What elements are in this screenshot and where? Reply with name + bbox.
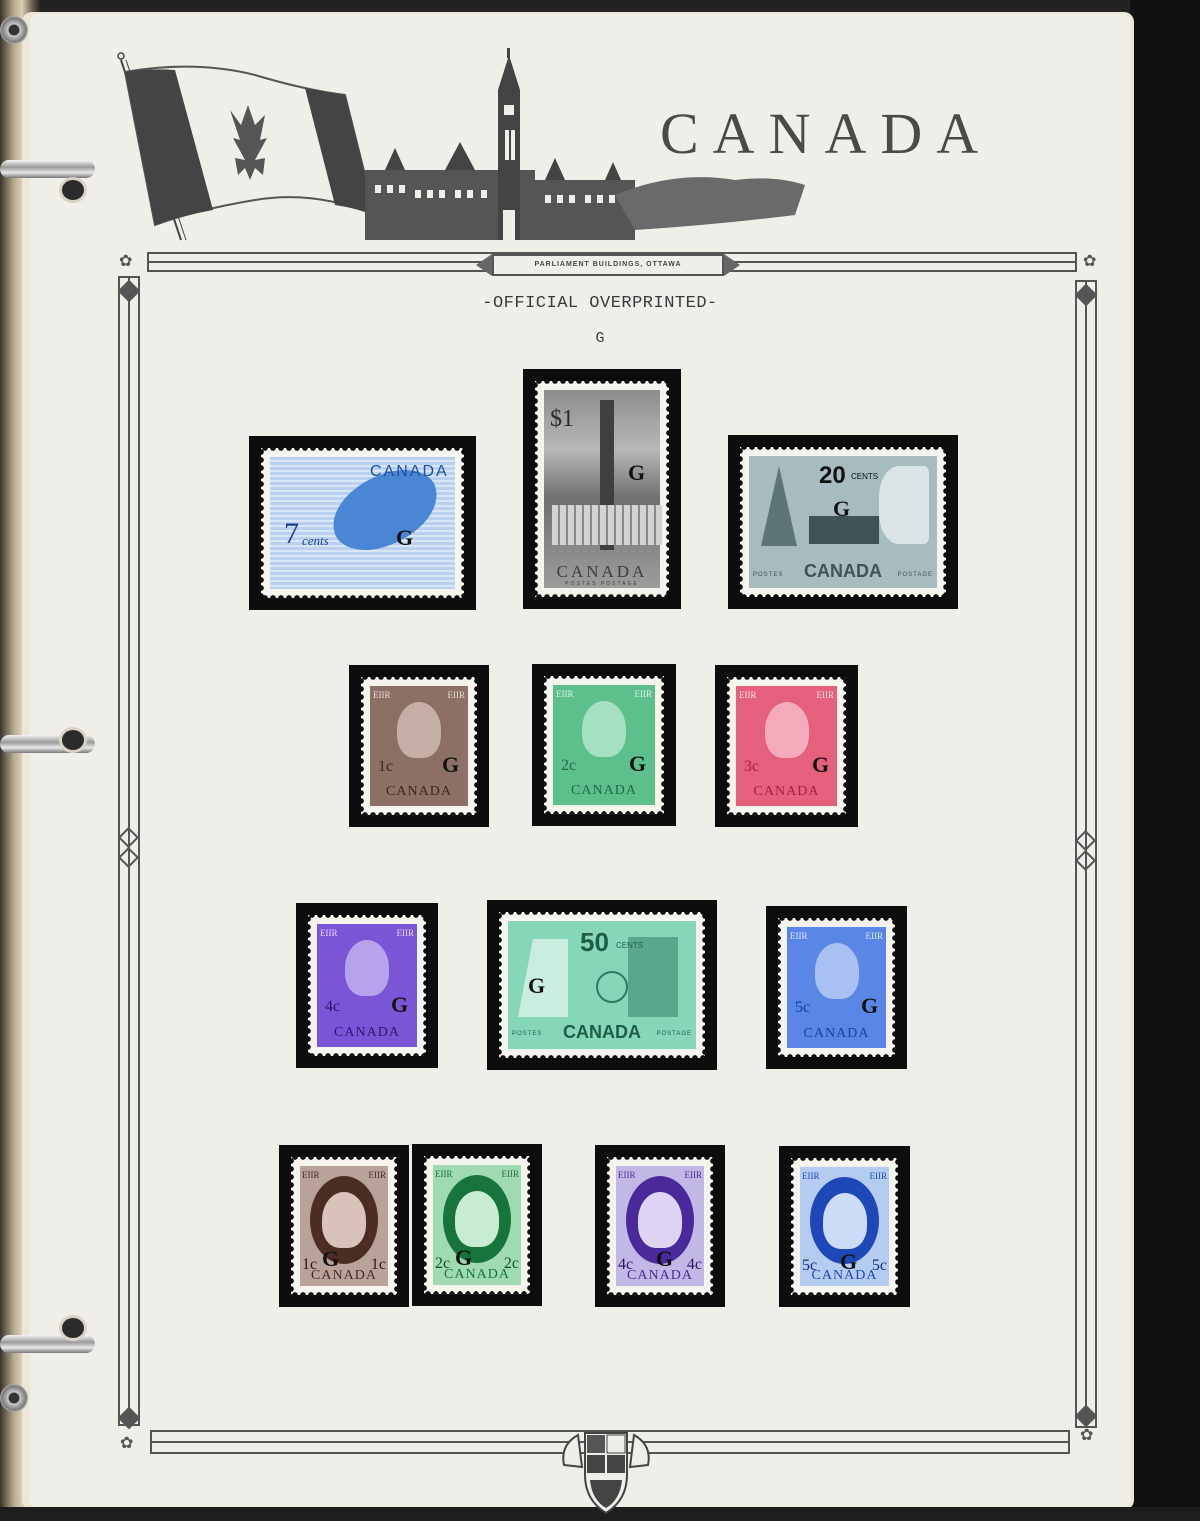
stamp-wilding-4c[interactable]: EIIR EIIR 4c 4c G CANADA [607, 1157, 713, 1295]
stamp-mount[interactable]: EIIR EIIR 5c G CANADA [766, 906, 907, 1069]
stamp-wilding-2c[interactable]: EIIR EIIR 2c 2c G CANADA [424, 1156, 530, 1294]
royal-cypher: EIIR [320, 928, 338, 938]
tree-illustration [761, 466, 797, 546]
country-title: CANADA [660, 100, 1070, 167]
grommet-icon [0, 16, 28, 44]
stamp-value: 4c [325, 998, 340, 1016]
stamp-karsh-3c[interactable]: EIIR EIIR 3c G CANADA [727, 677, 846, 815]
banner-caption: PARLIAMENT BUILDINGS, OTTAWA [492, 254, 724, 276]
stamp-geese-7c[interactable]: CANADA 7 cents G [261, 448, 464, 598]
stamp-value: 50 [580, 927, 609, 958]
overprint-g: G [629, 751, 646, 777]
stamp-unit: cents [302, 533, 329, 549]
section-subtitle: G [0, 330, 1200, 347]
stamp-value: 20 [819, 462, 846, 490]
stamp-mount[interactable]: 50 CENTS G CANADA POSTES POSTAGE [487, 900, 717, 1070]
stamp-country: CANADA [300, 1268, 388, 1284]
royal-cypher: EIIR [790, 931, 808, 941]
stamp-postes: POSTES [512, 1031, 542, 1037]
overprint-g: G [628, 460, 645, 486]
overprint-g: G [861, 993, 878, 1019]
stamp-country: CANADA [433, 1267, 521, 1283]
queen-portrait [582, 701, 626, 757]
maple-leaf-icon: ✿ [119, 254, 132, 270]
stamp-country: CANADA [787, 1026, 886, 1042]
stamp-postage: POSTAGE [656, 1031, 692, 1037]
royal-cypher: EIIR [618, 1170, 636, 1180]
coat-of-arms-icon [560, 1405, 652, 1515]
queen-portrait [638, 1192, 682, 1248]
queen-portrait [397, 702, 441, 758]
royal-cypher: EIIR [739, 690, 757, 700]
stamp-mount[interactable]: EIIR EIIR 5c 5c G CANADA [779, 1146, 910, 1307]
punch-hole [62, 1318, 84, 1338]
royal-cypher: EIIR [866, 931, 884, 941]
stamp-mount[interactable]: EIIR EIIR 1c G CANADA [349, 665, 489, 827]
stamp-textile-50c[interactable]: 50 CENTS G CANADA POSTES POSTAGE [499, 912, 705, 1058]
overprint-g: G [391, 992, 408, 1018]
stamp-postes: POSTES [753, 572, 783, 578]
binder-ring-top [0, 160, 95, 178]
royal-cypher: EIIR [435, 1169, 453, 1179]
royal-cypher: EIIR [397, 928, 415, 938]
punch-hole [62, 180, 84, 200]
royal-cypher: EIIR [685, 1170, 703, 1180]
stamp-wilding-1c[interactable]: EIIR EIIR 1c 1c G CANADA [291, 1157, 397, 1295]
overprint-g: G [528, 973, 545, 999]
stamp-country: CANADA [317, 1025, 417, 1041]
overprint-g: G [812, 752, 829, 778]
stamp-country: CANADA [616, 1268, 704, 1284]
royal-cypher: EIIR [302, 1170, 320, 1180]
punch-hole [62, 730, 84, 750]
overprint-g: G [442, 752, 459, 778]
stamp-karsh-2c[interactable]: EIIR EIIR 2c G CANADA [544, 676, 664, 814]
stamp-mount[interactable]: EIIR EIIR 3c G CANADA [715, 665, 858, 827]
binder-cover-edge [1130, 0, 1200, 1521]
stamp-country: CANADA [553, 783, 655, 799]
stamp-mount[interactable]: EIIR EIIR 4c 4c G CANADA [595, 1145, 725, 1307]
stamp-value: 2c [561, 757, 576, 775]
longhouse-illustration [552, 505, 662, 545]
overprint-g: G [396, 525, 413, 551]
stamp-mount[interactable]: CANADA 7 cents G [249, 436, 476, 610]
stamp-mount[interactable]: EIIR EIIR 1c 1c G CANADA [279, 1145, 409, 1307]
queen-portrait [823, 1193, 867, 1249]
queen-portrait [322, 1192, 366, 1248]
stamp-paper-20c[interactable]: 20 CENTS G CANADA POSTES POSTAGE [740, 447, 946, 597]
queen-portrait [765, 702, 809, 758]
grommet-icon [0, 1384, 28, 1412]
royal-cypher: EIIR [635, 689, 653, 699]
royal-cypher: EIIR [817, 690, 835, 700]
stamp-karsh-4c[interactable]: EIIR EIIR 4c G CANADA [308, 915, 426, 1056]
stamp-postes: POSTES POSTAGE [544, 581, 660, 587]
stamp-mount[interactable]: 20 CENTS G CANADA POSTES POSTAGE [728, 435, 958, 609]
stamp-country: CANADA [544, 562, 660, 582]
royal-cypher: EIIR [502, 1169, 520, 1179]
stamp-value: 7 [284, 517, 299, 551]
stamp-value: 1c [378, 758, 393, 776]
stamp-wilding-5c[interactable]: EIIR EIIR 5c 5c G CANADA [791, 1158, 898, 1295]
stamp-mount[interactable]: EIIR EIIR 2c 2c G CANADA [412, 1144, 542, 1306]
spinning-wheel-illustration [596, 971, 628, 1003]
stamp-postage: POSTAGE [897, 572, 933, 578]
stamp-value: 3c [744, 758, 759, 776]
overprint-g: G [833, 496, 850, 522]
stamp-value: 5c [795, 999, 810, 1017]
maple-leaf-icon: ✿ [1083, 254, 1096, 270]
royal-cypher: EIIR [373, 690, 391, 700]
stamp-mount[interactable]: EIIR EIIR 4c G CANADA [296, 903, 438, 1068]
stamp-value: $1 [550, 406, 574, 433]
queen-portrait [455, 1191, 499, 1247]
stamp-country: CANADA [370, 784, 468, 800]
stamp-unit: CENTS [616, 941, 643, 950]
stamp-country: CANADA [370, 463, 449, 481]
binder-ring-bottom [0, 1335, 95, 1353]
royal-cypher: EIIR [448, 690, 466, 700]
maple-leaf-icon: ✿ [1080, 1428, 1093, 1444]
royal-cypher: EIIR [870, 1171, 888, 1181]
royal-cypher: EIIR [369, 1170, 387, 1180]
stamp-mount[interactable]: EIIR EIIR 2c G CANADA [532, 664, 676, 826]
stamp-totem-1d[interactable]: $1 G CANADA POSTES POSTAGE [535, 381, 669, 597]
section-title: -OFFICIAL OVERPRINTED- [0, 294, 1200, 313]
royal-cypher: EIIR [556, 689, 574, 699]
paper-roll-illustration [879, 466, 929, 544]
queen-portrait [345, 940, 389, 996]
queen-portrait [815, 943, 859, 999]
stamp-karsh-1c[interactable]: EIIR EIIR 1c G CANADA [361, 677, 477, 815]
royal-cypher: EIIR [802, 1171, 820, 1181]
stamp-country: CANADA [736, 784, 837, 800]
stamp-unit: CENTS [851, 472, 878, 481]
stamp-mount[interactable]: $1 G CANADA POSTES POSTAGE [523, 369, 681, 609]
stamp-karsh-5c[interactable]: EIIR EIIR 5c G CANADA [778, 918, 895, 1057]
stamp-country: CANADA [800, 1268, 889, 1284]
maple-leaf-icon: ✿ [120, 1436, 133, 1452]
